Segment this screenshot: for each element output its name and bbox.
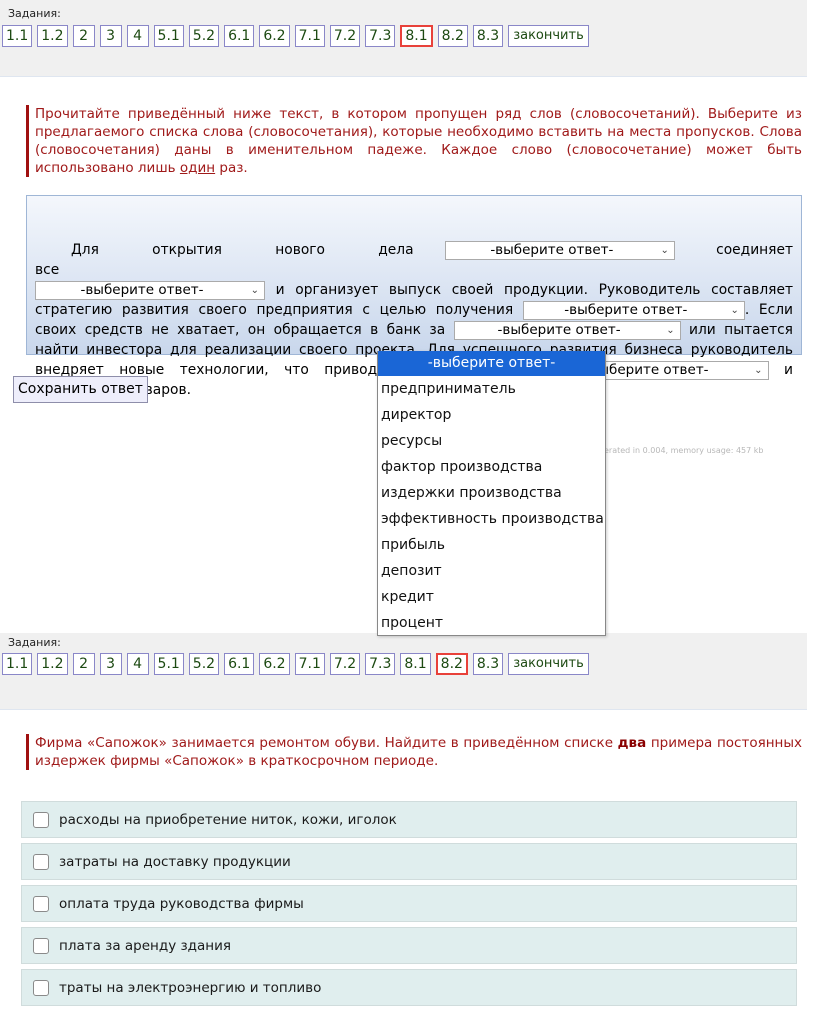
task-button-1-2[interactable]: 1.2 [37,25,67,47]
task-nav-title: Задания: [8,7,61,20]
task-button-7-3[interactable]: 7.3 [365,25,395,47]
answer-option[interactable]: расходы на приобретение ниток, кожи, иго… [21,801,797,838]
answer-option[interactable]: плата за аренду здания [21,927,797,964]
dropdown-option[interactable]: прибыль [378,532,605,558]
task-button-8-3[interactable]: 8.3 [473,25,503,47]
task-button-1-2[interactable]: 1.2 [37,653,67,675]
task-button-2[interactable]: 2 [73,25,95,47]
task-button-7-2[interactable]: 7.2 [330,653,360,675]
task-button-1-1[interactable]: 1.1 [2,653,32,675]
task-button-6-1[interactable]: 6.1 [224,25,254,47]
task-button-6-1[interactable]: 6.1 [224,653,254,675]
answer-option[interactable]: оплата труда руководства фирмы [21,885,797,922]
emphasis-word: один [180,160,215,176]
task-button-3[interactable]: 3 [100,25,122,47]
blank-select-3[interactable]: -выберите ответ-⌄ [523,301,745,320]
question-instruction: Фирма «Сапожок» занимается ремонтом обув… [26,734,802,770]
dropdown-option[interactable]: издержки производства [378,480,605,506]
dropdown-option[interactable]: директор [378,402,605,428]
task-button-6-2[interactable]: 6.2 [259,653,289,675]
dropdown-option[interactable]: -выберите ответ- [378,351,605,376]
blank-select-1[interactable]: -выберите ответ-⌄ [445,241,675,260]
chevron-down-icon: ⌄ [251,282,259,299]
task-button-7-2[interactable]: 7.2 [330,25,360,47]
generation-info: erated in 0.004, memory usage: 457 kb [604,446,764,455]
answer-dropdown-list[interactable]: -выберите ответ-предпринимательдиректорр… [377,351,606,636]
task-nav-buttons: 1.11.22345.15.26.16.27.17.27.38.18.28.3з… [2,653,589,675]
blank-select-2[interactable]: -выберите ответ-⌄ [35,281,265,300]
task-button-5-2[interactable]: 5.2 [189,25,219,47]
checkbox[interactable] [33,812,49,828]
task-button-5-2[interactable]: 5.2 [189,653,219,675]
task-button-2[interactable]: 2 [73,653,95,675]
dropdown-option[interactable]: процент [378,610,605,636]
chevron-down-icon: ⌄ [660,242,668,259]
answer-option-label: плата за аренду здания [59,938,231,954]
task-button-7-1[interactable]: 7.1 [295,653,325,675]
chevron-down-icon: ⌄ [730,302,738,319]
dropdown-option[interactable]: эффективность производства [378,506,605,532]
task-nav-bottom: Задания: 1.11.22345.15.26.16.27.17.27.38… [0,633,807,710]
answer-option-label: оплата труда руководства фирмы [59,896,304,912]
finish-button[interactable]: закончить [508,653,589,675]
blank-select-4[interactable]: -выберите ответ-⌄ [454,321,681,340]
chevron-down-icon: ⌄ [754,362,762,379]
chevron-down-icon: ⌄ [666,322,674,339]
emphasis-word: два [618,735,647,751]
task-button-8-1[interactable]: 8.1 [400,653,430,675]
answer-options-list: расходы на приобретение ниток, кожи, иго… [21,801,797,1011]
dropdown-option[interactable]: предприниматель [378,376,605,402]
task-button-4[interactable]: 4 [127,25,149,47]
task-button-5-1[interactable]: 5.1 [154,25,184,47]
task-button-8-1[interactable]: 8.1 [400,25,432,47]
task-button-6-2[interactable]: 6.2 [259,25,289,47]
checkbox[interactable] [33,980,49,996]
task-button-1-1[interactable]: 1.1 [2,25,32,47]
task-button-4[interactable]: 4 [127,653,149,675]
task-button-8-2[interactable]: 8.2 [436,653,468,675]
dropdown-option[interactable]: фактор производства [378,454,605,480]
answer-option-label: затраты на доставку продукции [59,854,291,870]
save-answer-button[interactable]: Сохранить ответ [13,376,148,403]
question-instruction: Прочитайте приведённый ниже текст, в кот… [26,105,802,177]
task-button-8-3[interactable]: 8.3 [473,653,503,675]
task-button-3[interactable]: 3 [100,653,122,675]
dropdown-option[interactable]: ресурсы [378,428,605,454]
checkbox[interactable] [33,938,49,954]
answer-option-label: расходы на приобретение ниток, кожи, иго… [59,812,397,828]
answer-option-label: траты на электроэнергию и топливо [59,980,321,996]
task-nav-title: Задания: [8,636,61,649]
dropdown-option[interactable]: кредит [378,584,605,610]
task-button-7-1[interactable]: 7.1 [295,25,325,47]
task-button-7-3[interactable]: 7.3 [365,653,395,675]
task-nav-top: Задания: 1.11.22345.15.26.16.27.17.27.38… [0,0,807,77]
answer-option[interactable]: затраты на доставку продукции [21,843,797,880]
task-button-8-2[interactable]: 8.2 [438,25,468,47]
finish-button[interactable]: закончить [508,25,589,47]
checkbox[interactable] [33,854,49,870]
dropdown-option[interactable]: депозит [378,558,605,584]
task-button-5-1[interactable]: 5.1 [154,653,184,675]
answer-option[interactable]: траты на электроэнергию и топливо [21,969,797,1006]
task-nav-buttons: 1.11.22345.15.26.16.27.17.27.38.18.28.3з… [2,25,589,47]
checkbox[interactable] [33,896,49,912]
fill-in-blanks-panel: Для открытия нового дела -выберите ответ… [26,195,802,355]
